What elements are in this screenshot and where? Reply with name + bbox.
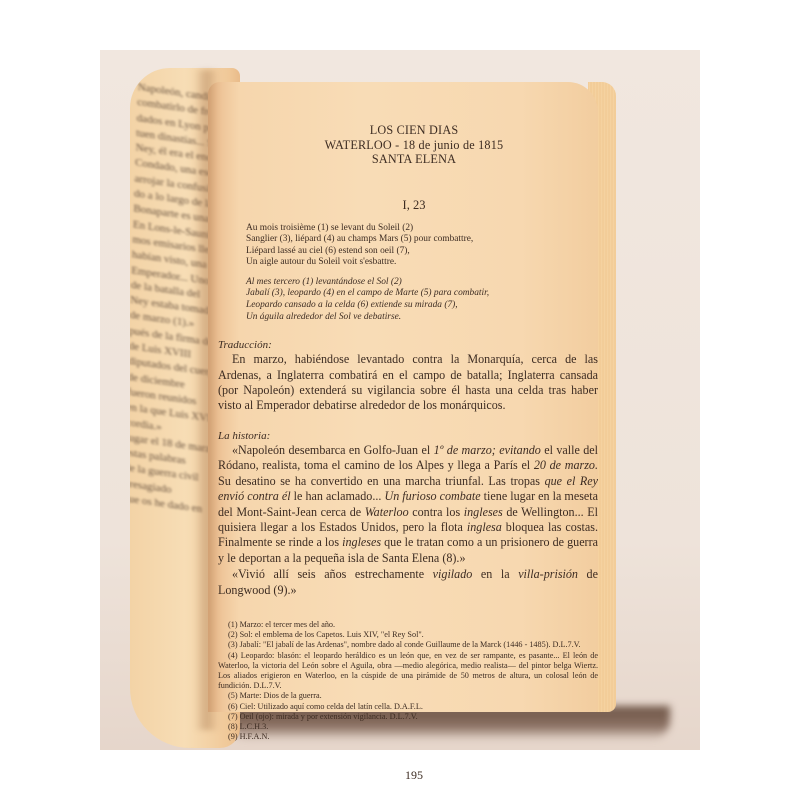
- footnote: (1) Marzo: el tercer mes del año.: [218, 620, 598, 630]
- heading-line: SANTA ELENA: [218, 152, 610, 167]
- verse-line: Au mois troisième (1) se levant du Solei…: [246, 223, 610, 235]
- verse-line: Un águila alrededor del Sol ve debatirse…: [246, 312, 610, 324]
- text-run: Waterloo: [365, 505, 409, 519]
- footnote: (5) Marte: Dios de la guerra.: [218, 691, 598, 701]
- heading-line: WATERLOO - 18 de junio de 1815: [218, 138, 610, 153]
- footnotes: (1) Marzo: el tercer mes del año.(2) Sol…: [218, 620, 598, 742]
- footnote: (6) Ciel: Utilizado aquí como celda del …: [218, 702, 598, 712]
- footnote: (9) H.F.A.N.: [218, 732, 598, 742]
- text-run: 1º de marzo; evitando: [434, 443, 541, 457]
- history-paragraph: «Napoleón desembarca en Golfo-Juan el 1º…: [218, 443, 598, 566]
- text-run: vigilado: [433, 567, 473, 581]
- heading-line: LOS CIEN DIAS: [218, 123, 610, 138]
- footnote: (2) Sol: el emblema de los Capetos. Luis…: [218, 630, 598, 640]
- text-run: ingleses: [464, 505, 503, 519]
- text-run: en la: [472, 567, 518, 581]
- text-run: «Vivió allí seis años estrechamente: [232, 567, 433, 581]
- verse-line: Un aigle autour du Soleil voit s'esbattr…: [246, 257, 610, 269]
- text-run: «Napoleón desembarca en Golfo-Juan el: [232, 443, 434, 457]
- text-run: inglesa: [467, 520, 502, 534]
- text-run: villa-prisión: [518, 567, 578, 581]
- right-page-content: LOS CIEN DIAS WATERLOO - 18 de junio de …: [218, 82, 610, 783]
- page-number: 195: [218, 768, 610, 783]
- verse-line: Sanglier (3), liépard (4) au champs Mars…: [246, 234, 610, 246]
- footnote: (8) L.C.H.3.: [218, 722, 598, 732]
- text-run: 20 de marzo.: [534, 458, 598, 472]
- french-verse: Au mois troisième (1) se levant du Solei…: [246, 223, 610, 269]
- translation-label: Traducción:: [218, 339, 610, 351]
- text-run: contra los: [409, 505, 464, 519]
- spanish-verse: Al mes tercero (1) levantándose el Sol (…: [246, 277, 610, 323]
- verse-line: Jabalí (3), leopardo (4) en el campo de …: [246, 288, 610, 300]
- footnote: (4) Leopardo: blasón: el leopardo heráld…: [218, 651, 598, 692]
- verse-line: Leopardo cansado a la celda (6) extiende…: [246, 300, 610, 312]
- text-run: le han aclamado...: [291, 489, 385, 503]
- text-run: Su desatino se ha convertido en una marc…: [218, 474, 545, 488]
- footnote: (7) Oeil (ojo): mirada y por extensión v…: [218, 712, 598, 722]
- footnote: (3) Jabalí: "El jabalí de las Ardenas", …: [218, 640, 598, 650]
- verse-line: Liépard lassé au ciel (6) estend son oei…: [246, 246, 610, 258]
- text-run: Un furioso combate: [384, 489, 480, 503]
- history-label: La historia:: [218, 430, 610, 442]
- book-gutter: [196, 70, 218, 730]
- verse-line: Al mes tercero (1) levantándose el Sol (…: [246, 277, 610, 289]
- chapter-heading: LOS CIEN DIAS WATERLOO - 18 de junio de …: [218, 123, 610, 167]
- quatrain-number: I, 23: [218, 198, 610, 213]
- translation-paragraph: En marzo, habiéndose levantado contra la…: [218, 352, 598, 414]
- history-paragraph: «Vivió allí seis años estrechamente vigi…: [218, 567, 598, 598]
- text-run: ingleses: [342, 535, 381, 549]
